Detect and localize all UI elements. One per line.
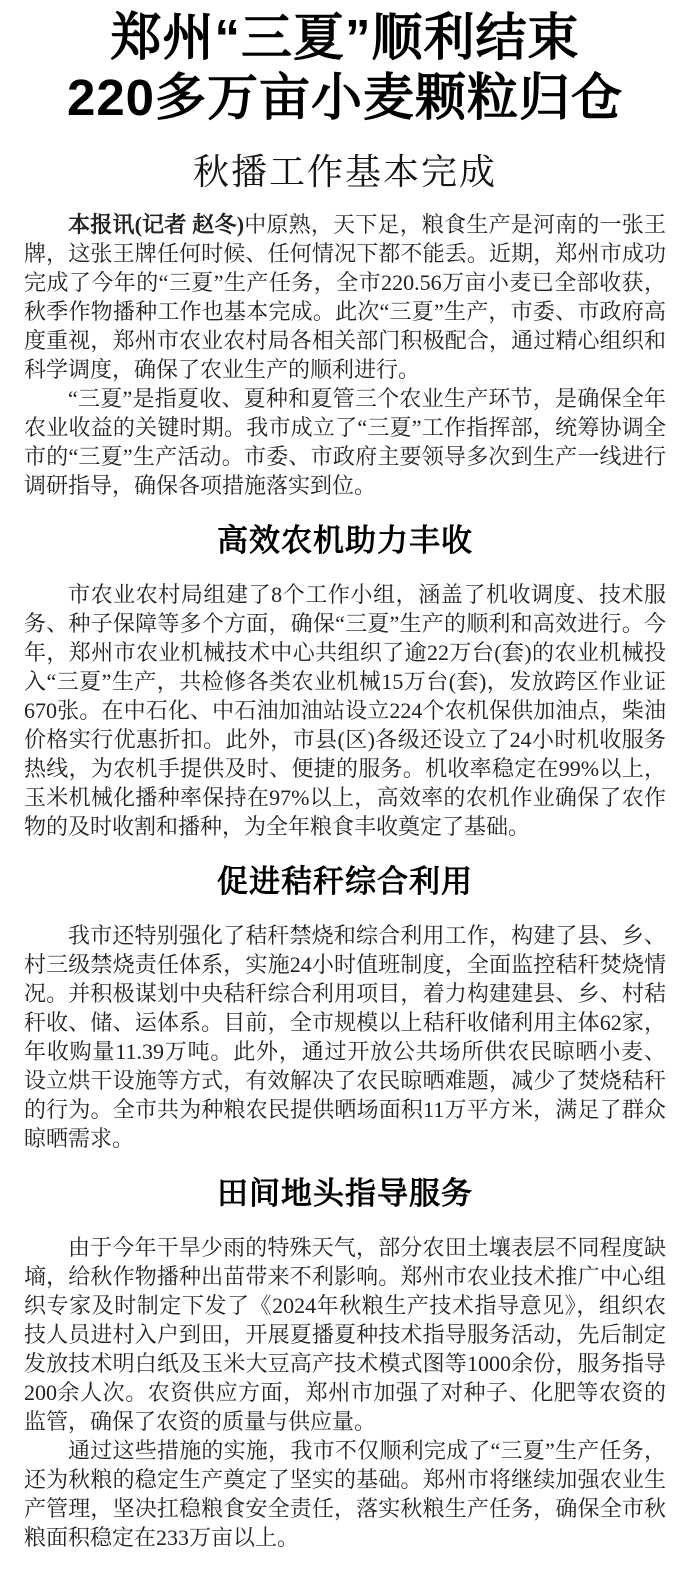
section-heading-farm-machinery: 高效农机助力丰收 [24, 522, 666, 560]
lead-paragraph-text: 中原熟，天下足，粮食生产是河南的一张王牌，这张王牌任何时候、任何情况下都不能丢。… [24, 212, 666, 382]
article-subheadline: 秋播工作基本完成 [24, 150, 666, 194]
section-heading-straw-utilization: 促进秸秆综合利用 [24, 863, 666, 901]
body-paragraph: “三夏”是指夏收、夏种和夏管三个农业生产环节，是确保全年农业收益的关键时期。我市… [24, 384, 666, 500]
section-heading-field-guidance: 田间地头指导服务 [24, 1175, 666, 1213]
newspaper-article-page: 郑州“三夏”顺利结束 220多万亩小麦颗粒归仓 秋播工作基本完成 本报讯(记者 … [0, 0, 690, 1585]
article-headline: 郑州“三夏”顺利结束 220多万亩小麦颗粒归仓 [24, 8, 666, 128]
body-paragraph: 由于今年干旱少雨的特殊天气，部分农田土壤表层不同程度缺墒，给秋作物播种出苗带来不… [24, 1233, 666, 1436]
headline-line-1: 郑州“三夏”顺利结束 [110, 9, 579, 66]
body-paragraph: 市农业农村局组建了8个工作小组，涵盖了机收调度、技术服务、种子保障等多个方面，确… [24, 580, 666, 841]
byline: 本报讯(记者 赵冬) [68, 212, 244, 237]
headline-line-2: 220多万亩小麦颗粒归仓 [67, 69, 623, 126]
body-paragraph: 我市还特别强化了秸秆禁烧和综合利用工作，构建了县、乡、村三级禁烧责任体系，实施2… [24, 921, 666, 1153]
lead-paragraph: 本报讯(记者 赵冬)中原熟，天下足，粮食生产是河南的一张王牌，这张王牌任何时候、… [24, 210, 666, 384]
body-paragraph: 通过这些措施的实施，我市不仅顺利完成了“三夏”生产任务，还为秋粮的稳定生产奠定了… [24, 1436, 666, 1552]
